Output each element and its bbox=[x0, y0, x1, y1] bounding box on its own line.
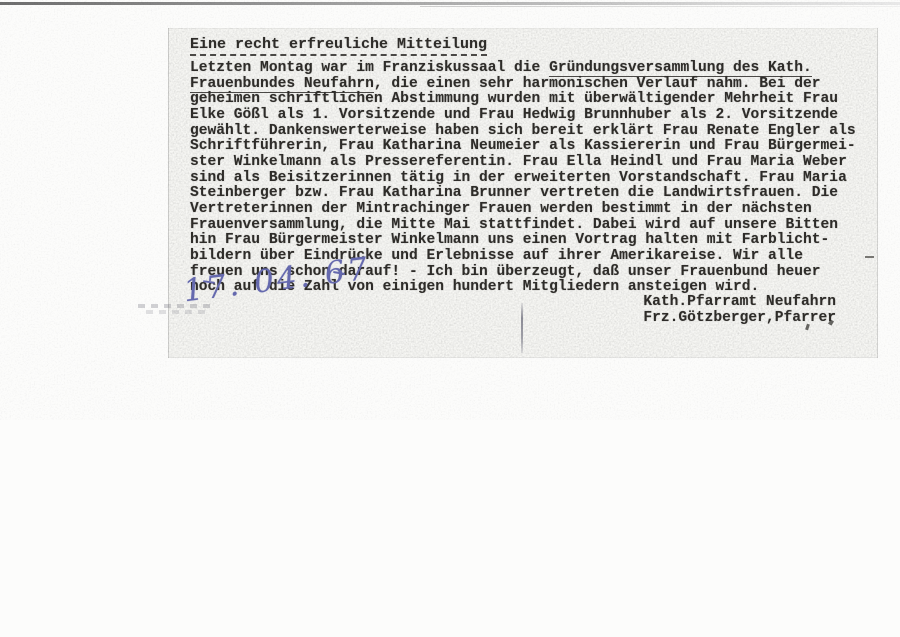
document-title: Eine recht erfreuliche Mitteilung bbox=[190, 36, 487, 56]
body-line: Frauenbundes Neufahrn, die einen sehr ha… bbox=[190, 77, 856, 93]
pencil-smudge bbox=[138, 304, 216, 308]
pencil-mark-dash bbox=[865, 256, 874, 258]
body-line: Elke Gößl als 1. Vorsitzende und Frau He… bbox=[190, 108, 856, 124]
pencil-mark-vertical bbox=[521, 303, 523, 353]
body-line: gewählt. Dankenswerterweise haben sich b… bbox=[190, 124, 856, 140]
body-line: Letzten Montag war im Franziskussaal die… bbox=[190, 61, 856, 77]
scan-edge-artifact-top-secondary bbox=[420, 6, 900, 7]
typed-note-clipping: Eine recht erfreuliche Mitteilung Letzte… bbox=[168, 28, 878, 358]
body-line: ster Winkelmann als Pressereferentin. Fr… bbox=[190, 155, 856, 171]
body-line: sind als Beisitzerinnen tätig in der erw… bbox=[190, 171, 856, 187]
ink-tick-mark bbox=[805, 324, 810, 331]
body-line: hin Frau Bürgermeister Winkelmann uns ei… bbox=[190, 233, 856, 249]
scanned-document-page: Eine recht erfreuliche Mitteilung Letzte… bbox=[0, 0, 900, 637]
signature-line-office: Kath.Pfarramt Neufahrn bbox=[643, 295, 836, 311]
signature-block: Kath.Pfarramt Neufahrn Frz.Götzberger,Pf… bbox=[643, 295, 836, 326]
body-line: geheimen schriftlichen Abstimmung wurden… bbox=[190, 92, 856, 108]
body-line: Frauenversammlung, die Mitte Mai stattfi… bbox=[190, 218, 856, 234]
scan-edge-artifact-top bbox=[0, 2, 900, 5]
body-line: Schriftführerin, Frau Katharina Neumeier… bbox=[190, 139, 856, 155]
body-line: Vertreterinnen der Mintrachinger Frauen … bbox=[190, 202, 856, 218]
pencil-smudge bbox=[146, 310, 206, 314]
body-line: Steinberger bzw. Frau Katharina Brunner … bbox=[190, 186, 856, 202]
